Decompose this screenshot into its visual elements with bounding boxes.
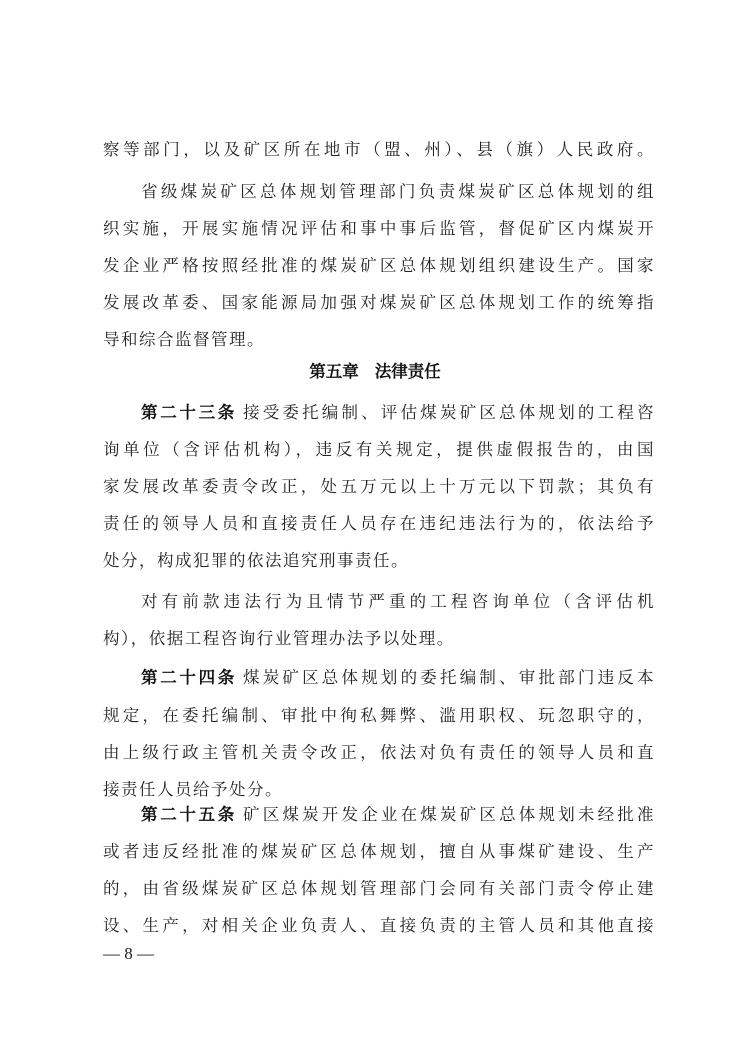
text-line: 规定，在委托编制、审批中徇私舞弊、滥用职权、玩忽职守的， [103, 704, 655, 728]
article-text: 煤炭矿区总体规划的委托编制、审批部门违反本 [243, 668, 655, 687]
article-first-line: 第二十三条接受委托编制、评估煤炭矿区总体规划的工程咨 [141, 401, 655, 425]
chapter-heading: 第五章法律责任 [0, 358, 750, 382]
text-line: 构），依据工程咨询行业管理办法予以处理。 [103, 627, 655, 651]
text-line: 织实施，开展实施情况评估和事中事后监管，督促矿区内煤炭开 [103, 217, 655, 241]
article-label: 第二十五条 [141, 805, 237, 824]
text-line: 发企业严格按照经批准的煤炭矿区总体规划组织建设生产。国家 [103, 254, 655, 278]
text-line: 察等部门，以及矿区所在地市（盟、州）、县（旗）人民政府。 [103, 138, 655, 162]
text-line: 询单位（含评估机构），违反有关规定，提供虚假报告的，由国 [103, 438, 655, 462]
text-line: 处分，构成犯罪的依法追究刑事责任。 [103, 549, 655, 573]
article-first-line: 第二十五条矿区煤炭开发企业在煤炭矿区总体规划未经批准 [141, 803, 655, 827]
text-line: 家发展改革委责令改正，处五万元以上十万元以下罚款；其负有 [103, 475, 655, 499]
text-line: 由上级行政主管机关责令改正，依法对负有责任的领导人员和直 [103, 741, 655, 765]
article-text: 矿区煤炭开发企业在煤炭矿区总体规划未经批准 [243, 805, 655, 824]
text-line: 省级煤炭矿区总体规划管理部门负责煤炭矿区总体规划的组 [141, 180, 655, 204]
chapter-title: 法律责任 [375, 362, 441, 381]
article-text: 接受委托编制、评估煤炭矿区总体规划的工程咨 [243, 403, 655, 422]
text-line: 的，由省级煤炭矿区总体规划管理部门会同有关部门责令停止建 [103, 877, 655, 901]
text-line: 责任的领导人员和直接责任人员存在违纪违法行为的，依法给予 [103, 512, 655, 536]
text-line: 导和综合监督管理。 [103, 328, 655, 352]
chapter-number: 第五章 [309, 362, 359, 381]
page-number: — 8 — [103, 944, 154, 964]
text-line: 或者违反经批准的煤炭矿区总体规划，擅自从事煤矿建设、生产 [103, 840, 655, 864]
article-label: 第二十三条 [141, 403, 237, 422]
document-page: 察等部门，以及矿区所在地市（盟、州）、县（旗）人民政府。 省级煤炭矿区总体规划管… [0, 0, 750, 1060]
text-line: 设、生产，对相关企业负责人、直接负责的主管人员和其他直接 [103, 914, 655, 938]
text-line: 发展改革委、国家能源局加强对煤炭矿区总体规划工作的统筹指 [103, 291, 655, 315]
text-line: 对有前款违法行为且情节严重的工程咨询单位（含评估机 [141, 590, 655, 614]
article-label: 第二十四条 [141, 668, 237, 687]
article-first-line: 第二十四条煤炭矿区总体规划的委托编制、审批部门违反本 [141, 666, 655, 690]
text-line: 接责任人员给予处分。 [103, 778, 655, 802]
